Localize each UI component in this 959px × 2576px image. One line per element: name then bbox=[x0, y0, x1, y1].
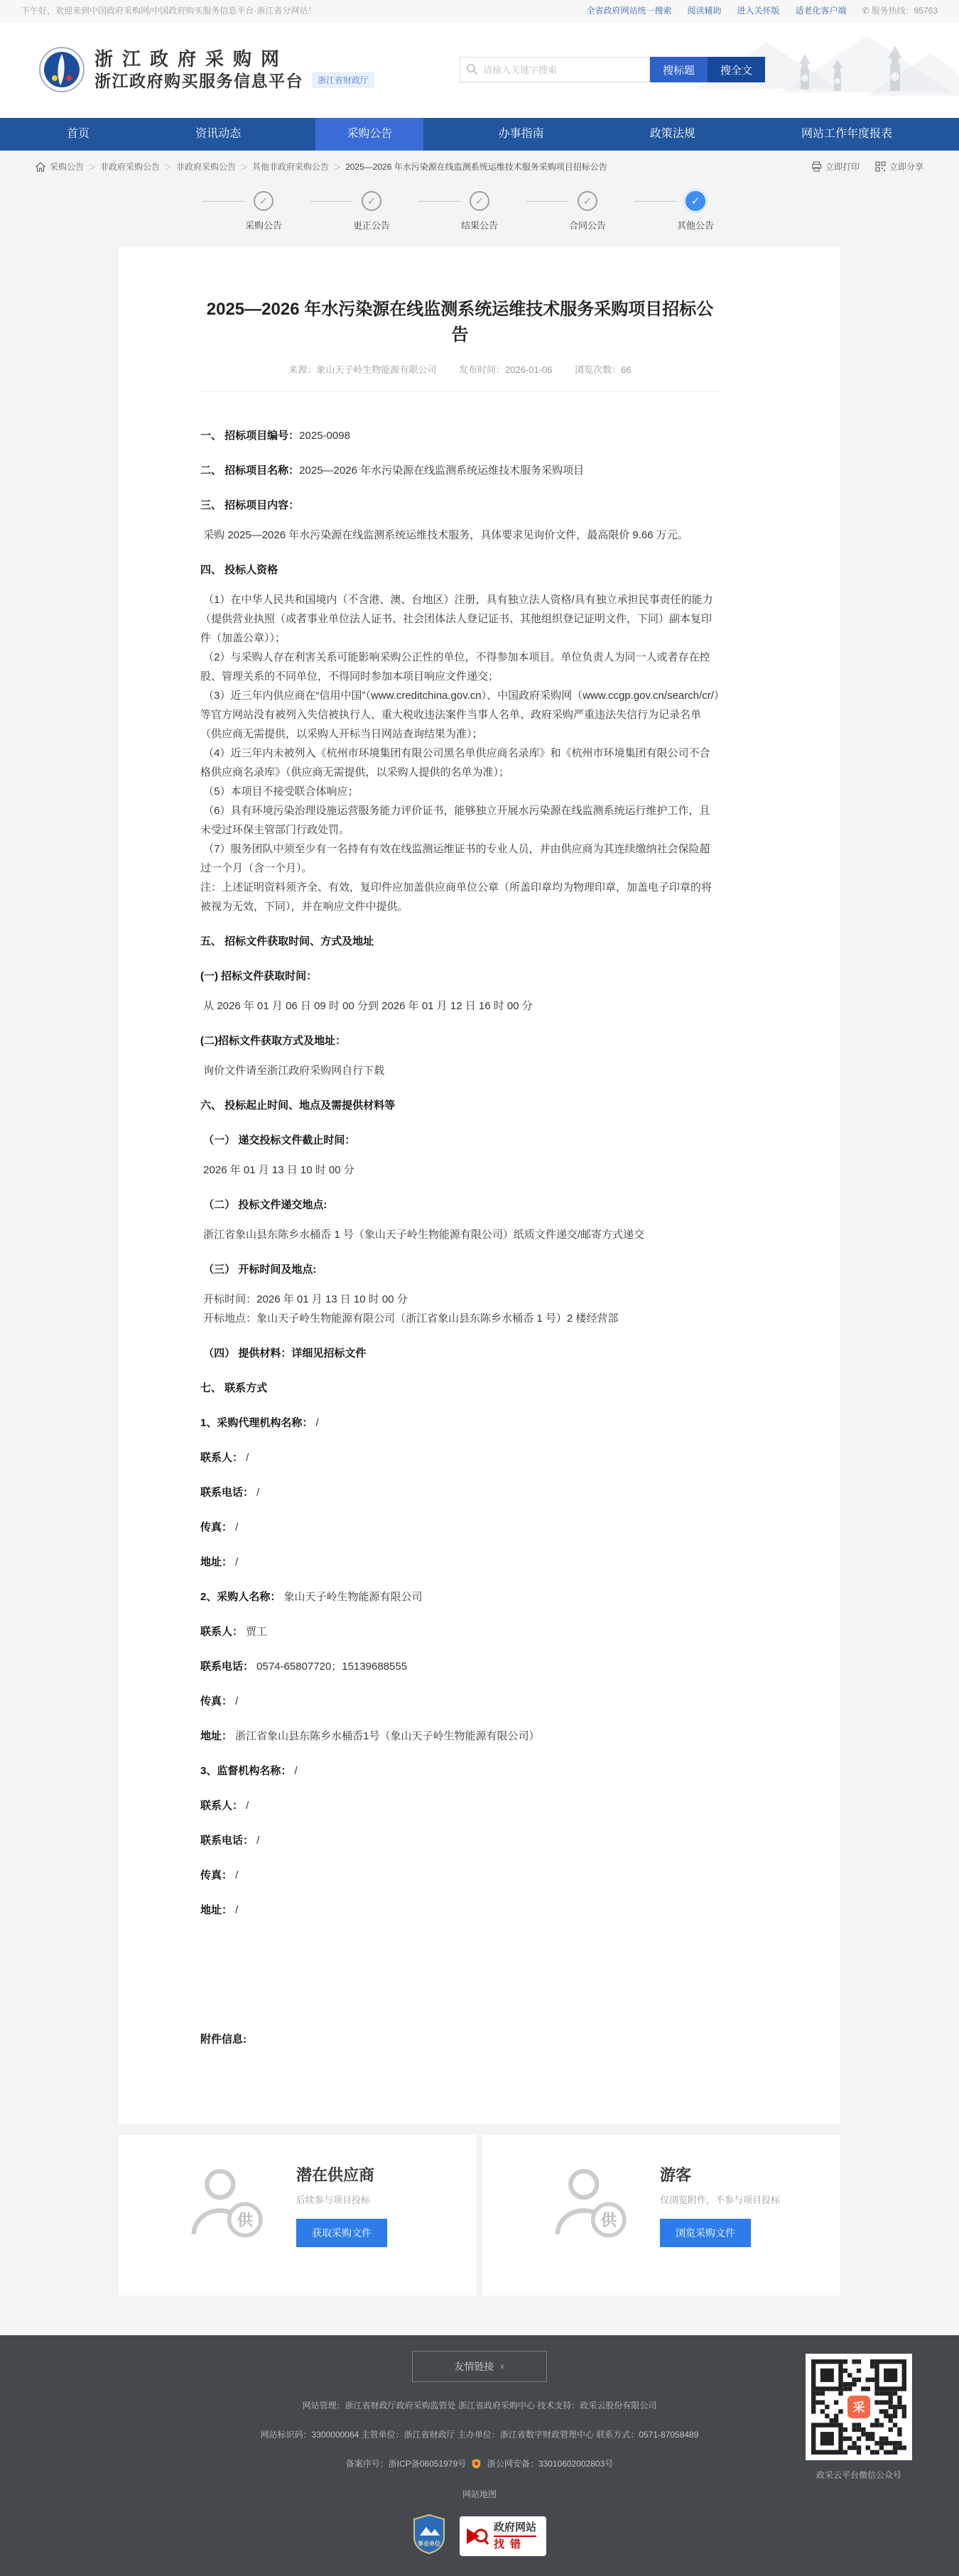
check-circle-icon: ✓ bbox=[470, 191, 489, 211]
phone-icon: ✆ bbox=[862, 6, 869, 16]
hotline: ✆服务热线：95763 bbox=[862, 4, 938, 16]
article-block: 传真： / bbox=[200, 1866, 720, 1885]
breadcrumb-item[interactable]: 非政府采购公告 bbox=[176, 161, 252, 173]
site-title-line2: 浙江政府购买服务信息平台 bbox=[94, 71, 303, 92]
article-block: 3、监督机构名称： / bbox=[200, 1761, 720, 1781]
article-block: （一） 递交投标文件截止时间： bbox=[200, 1131, 720, 1150]
article-block: （三） 开标时间及地点: bbox=[200, 1260, 720, 1279]
nav-item[interactable]: 办事指南 bbox=[467, 118, 575, 151]
search-fulltext-button[interactable]: 搜全文 bbox=[708, 57, 765, 82]
article-block: 联系人： / bbox=[200, 1796, 720, 1815]
role-subtitle: 仅浏览附件，不参与项目投标 bbox=[660, 2192, 780, 2206]
article-block bbox=[200, 1930, 720, 2014]
supplier-person-icon: 供 bbox=[184, 2163, 269, 2249]
article-block: 注：上述证明资料须齐全、有效，复印件应加盖供应商单位公章（所盖印章均为物理印章，… bbox=[200, 878, 720, 916]
friend-links-button[interactable]: 友情链接∨ bbox=[412, 2351, 547, 2382]
footer-icp: 备案序号：浙ICP备06051979号 bbox=[346, 2459, 466, 2469]
article-block: 七、 联系方式 bbox=[200, 1379, 720, 1398]
dept-badge: 浙江省财政厅 bbox=[312, 72, 374, 88]
article-block: （5）本项目不接受联合体响应； bbox=[200, 782, 720, 801]
role-card: 供 潜在供应商 后续参与项目投标 获取采购文件 bbox=[119, 2135, 477, 2295]
article-body: 一、 招标项目编号：2025-0098 二、 招标项目名称：2025—2026 … bbox=[200, 426, 720, 2049]
article-block: 2、采购人名称： 象山天子岭生物能源有限公司 bbox=[200, 1587, 720, 1607]
article-block: 二、 招标项目名称：2025—2026 年水污染源在线监测系统运维技术服务采购项… bbox=[200, 461, 720, 480]
topbar-link[interactable]: 全省政府网站统一搜索 bbox=[587, 6, 672, 16]
step-label: 其他公告 bbox=[677, 218, 714, 232]
svg-text:事业单位: 事业单位 bbox=[418, 2540, 440, 2547]
step-label: 更正公告 bbox=[353, 218, 390, 232]
article-block: 联系电话： 0574-65807720；15139688555 bbox=[200, 1657, 720, 1676]
site-title-line1: 浙江政府采购网 bbox=[94, 48, 303, 71]
step-label: 结果公告 bbox=[461, 218, 498, 232]
topbar-links: 全省政府网站统一搜索阅读辅助进入关怀版适老化客户端 ✆服务热线：95763 bbox=[571, 4, 938, 16]
search-icon bbox=[466, 63, 478, 75]
article-block: 开标时间：2026 年 01 月 13 日 10 时 00 分 bbox=[200, 1290, 720, 1309]
article-block: 一、 招标项目编号：2025-0098 bbox=[200, 426, 720, 445]
article-block: (一) 招标文件获取时间： bbox=[200, 967, 720, 986]
home-icon[interactable] bbox=[36, 162, 45, 172]
qr-share-icon bbox=[875, 161, 886, 172]
breadcrumb-item[interactable]: 非政府采购公告 bbox=[100, 161, 176, 173]
step-item[interactable]: ✓ 采购公告 bbox=[210, 191, 318, 232]
svg-text:采: 采 bbox=[853, 2400, 865, 2414]
header: 浙江政府采购网 浙江政府购买服务信息平台 浙江省财政厅 搜标题 搜全文 bbox=[0, 21, 959, 118]
chevron-down-icon: ∨ bbox=[499, 2363, 504, 2371]
article-meta: 来源：象山天子岭生物能源有限公司 发布时间：2026-01-06 浏览次数：66 bbox=[200, 362, 720, 392]
check-circle-icon: ✓ bbox=[578, 191, 597, 211]
site-logo-icon bbox=[39, 47, 85, 92]
print-button[interactable]: 立即打印 bbox=[811, 161, 860, 173]
article-block: 传真： / bbox=[200, 1692, 720, 1711]
main-nav: 首页资讯动态采购公告办事指南政策法规网站工作年度报表 bbox=[0, 118, 959, 151]
topbar: 下午好，欢迎来到中国政府采购网/中国政府购买服务信息平台·浙江省分网站！ 全省政… bbox=[0, 0, 959, 21]
page-title: 2025—2026 年水污染源在线监测系统运维技术服务采购项目招标公告 bbox=[200, 297, 720, 348]
gov-site-error-report-badge[interactable]: 政府网站 找错 bbox=[460, 2516, 546, 2556]
page: 下午好，欢迎来到中国政府采购网/中国政府购买服务信息平台·浙江省分网站！ 全省政… bbox=[0, 0, 959, 2576]
announcement-steps: ✓ 采购公告 ✓ 更正公告 ✓ 结果公告 ✓ 合同公告 ✓ 其他公告 bbox=[0, 180, 959, 247]
nav-item[interactable]: 采购公告 bbox=[315, 118, 423, 151]
site-logo-group: 浙江政府采购网 浙江政府购买服务信息平台 浙江省财政厅 bbox=[39, 47, 374, 92]
article-block: 地址： 浙江省象山县东陈乡水桶岙1号（象山天子岭生物能源有限公司） bbox=[200, 1727, 720, 1746]
topbar-link[interactable]: 阅读辅助 bbox=[688, 6, 722, 16]
topbar-link[interactable]: 适老化客户端 bbox=[796, 6, 847, 16]
article-block: 附件信息: bbox=[200, 2030, 720, 2049]
article-block: 2026 年 01 月 13 日 10 时 00 分 bbox=[200, 1161, 720, 1180]
article-block: （7）服务团队中须至少有一名持有有效在线监测运维证书的专业人员，并由供应商为其连… bbox=[200, 839, 720, 878]
article-block: （6）具有环境污染治理设施运营服务能力评价证书，能够独立开展水污染源在线监测系统… bbox=[200, 801, 720, 839]
topbar-greeting: 下午好，欢迎来到中国政府采购网/中国政府购买服务信息平台·浙江省分网站！ bbox=[21, 4, 316, 16]
printer-icon bbox=[811, 161, 822, 172]
search-zone: 搜标题 搜全文 bbox=[460, 57, 765, 82]
role-title: 游客 bbox=[660, 2163, 780, 2185]
topbar-link[interactable]: 进入关怀版 bbox=[737, 6, 780, 16]
nav-item[interactable]: 资讯动态 bbox=[164, 118, 272, 151]
nav-item[interactable]: 首页 bbox=[36, 118, 121, 151]
breadcrumb-item[interactable]: 采购公告 bbox=[50, 161, 100, 173]
wechat-qr-area: 采 政采云平台微信公众号 bbox=[806, 2354, 912, 2481]
article-block: （二） 投标文件递交地点: bbox=[200, 1195, 720, 1214]
footer-police: 浙公网安备：33010602002803号 bbox=[487, 2459, 613, 2469]
role-action-button[interactable]: 获取采购文件 bbox=[296, 2219, 387, 2247]
qrcode-image: 采 bbox=[806, 2354, 912, 2460]
article-block: 联系电话： / bbox=[200, 1831, 720, 1850]
nav-item[interactable]: 政策法规 bbox=[619, 118, 727, 151]
article-block: 1、采购代理机构名称： / bbox=[200, 1413, 720, 1433]
article-block: 采购 2025—2026 年水污染源在线监测系统运维技术服务，具体要求见询价文件… bbox=[200, 526, 720, 545]
nav-item[interactable]: 网站工作年度报表 bbox=[770, 118, 923, 151]
org-registration-badge[interactable]: 事业单位 bbox=[413, 2514, 445, 2558]
article-block: 浙江省象山县东陈乡水桶岙 1 号（象山天子岭生物能源有限公司）纸质文件递交/邮寄… bbox=[200, 1225, 720, 1244]
step-label: 合同公告 bbox=[569, 218, 606, 232]
footer: 友情链接∨ 网站管理：浙江省财政厅政府采购监管处 浙江省政府采购中心 技术支持：… bbox=[0, 2335, 959, 2576]
step-item[interactable]: ✓ 更正公告 bbox=[318, 191, 426, 232]
check-circle-icon: ✓ bbox=[362, 191, 381, 211]
article-block: 地址： / bbox=[200, 1901, 720, 1920]
article-block: 联系人： 贾工 bbox=[200, 1622, 720, 1641]
article-block: 三、 招标项目内容： bbox=[200, 496, 720, 515]
footer-badges: 事业单位 政府网站 找错 bbox=[0, 2514, 959, 2558]
breadcrumb-item[interactable]: 其他非政府采购公告 bbox=[252, 161, 345, 173]
article-block: 从 2026 年 01 月 06 日 09 时 00 分到 2026 年 01 … bbox=[200, 996, 720, 1016]
article-block: 地址： / bbox=[200, 1553, 720, 1572]
share-button[interactable]: 立即分享 bbox=[875, 161, 923, 173]
step-item[interactable]: ✓ 结果公告 bbox=[426, 191, 533, 232]
role-title: 潜在供应商 bbox=[296, 2163, 387, 2185]
role-card: 供 游客 仅浏览附件，不参与项目投标 浏览采购文件 bbox=[482, 2135, 840, 2295]
step-item[interactable]: ✓ 合同公告 bbox=[533, 191, 641, 232]
article-block: （2）与采购人存在利害关系可能影响采购公正性的单位，不得参加本项目。单位负责人为… bbox=[200, 648, 720, 686]
article-block: 联系人： / bbox=[200, 1448, 720, 1467]
check-circle-icon: ✓ bbox=[254, 191, 273, 211]
article-source: 来源：象山天子岭生物能源有限公司 bbox=[288, 364, 436, 375]
supplier-person-icon: 供 bbox=[548, 2163, 633, 2249]
qr-caption: 政采云平台微信公众号 bbox=[806, 2469, 912, 2481]
check-circle-icon: ✓ bbox=[686, 191, 705, 211]
svg-text:供: 供 bbox=[237, 2212, 254, 2229]
role-action-button[interactable]: 浏览采购文件 bbox=[660, 2219, 751, 2247]
article-block: 询价文件请至浙江政府采购网自行下载 bbox=[200, 1061, 720, 1080]
article-block: (二)招标文件获取方式及地址： bbox=[200, 1031, 720, 1050]
role-cards: 供 潜在供应商 后续参与项目投标 获取采购文件 供 游客 仅浏览附件 bbox=[119, 2135, 840, 2295]
breadcrumb-item[interactable]: 2025—2026 年水污染源在线监测系统运维技术服务采购项目招标公告 bbox=[345, 161, 607, 173]
site-titles: 浙江政府采购网 浙江政府购买服务信息平台 bbox=[94, 48, 303, 91]
article-block: （4）近三年内未被列入《杭州市环境集团有限公司黑名单供应商名录库》和《杭州市环境… bbox=[200, 744, 720, 782]
article-view-count: 浏览次数：66 bbox=[575, 364, 631, 375]
search-input[interactable] bbox=[460, 57, 650, 82]
breadcrumb-tools: 立即打印 立即分享 bbox=[811, 161, 923, 173]
find-error-icon bbox=[465, 2524, 489, 2548]
sitemap-link[interactable]: 网站地图 bbox=[462, 2488, 497, 2500]
article-publish-date: 发布时间：2026-01-06 bbox=[459, 364, 553, 375]
role-subtitle: 后续参与项目投标 bbox=[296, 2192, 387, 2206]
article-block: 联系电话： / bbox=[200, 1483, 720, 1502]
breadcrumb-bar: 采购公告非政府采购公告非政府采购公告其他非政府采购公告2025—2026 年水污… bbox=[0, 151, 959, 180]
step-item[interactable]: ✓ 其他公告 bbox=[641, 191, 749, 232]
article-block: 五、 招标文件获取时间、方式及地址 bbox=[200, 932, 720, 951]
article-block: （四） 提供材料：详细见招标文件 bbox=[200, 1344, 720, 1363]
breadcrumb: 采购公告非政府采购公告非政府采购公告其他非政府采购公告2025—2026 年水污… bbox=[36, 161, 607, 173]
announcement-card: 2025—2026 年水污染源在线监测系统运维技术服务采购项目招标公告 来源：象… bbox=[119, 247, 840, 2124]
article-block: 六、 投标起止时间、地点及需提供材料等 bbox=[200, 1096, 720, 1115]
step-label: 采购公告 bbox=[245, 218, 282, 232]
article-block: 四、 投标人资格 bbox=[200, 560, 720, 580]
svg-text:供: 供 bbox=[601, 2212, 617, 2229]
search-title-button[interactable]: 搜标题 bbox=[650, 57, 708, 82]
article-block: 传真： / bbox=[200, 1518, 720, 1537]
article-block: 开标地点：象山天子岭生物能源有限公司（浙江省象山县东陈乡水桶岙 1 号）2 楼经… bbox=[200, 1309, 720, 1328]
article-block: （3）近三年内供应商在“信用中国”（www.creditchina.gov.cn… bbox=[200, 686, 720, 744]
article-block: （1）在中华人民共和国境内（不含港、澳、台地区）注册，具有独立法人资格/具有独立… bbox=[200, 590, 720, 648]
police-badge-icon bbox=[472, 2459, 481, 2471]
qr-center-logo: 采 bbox=[847, 2396, 870, 2418]
